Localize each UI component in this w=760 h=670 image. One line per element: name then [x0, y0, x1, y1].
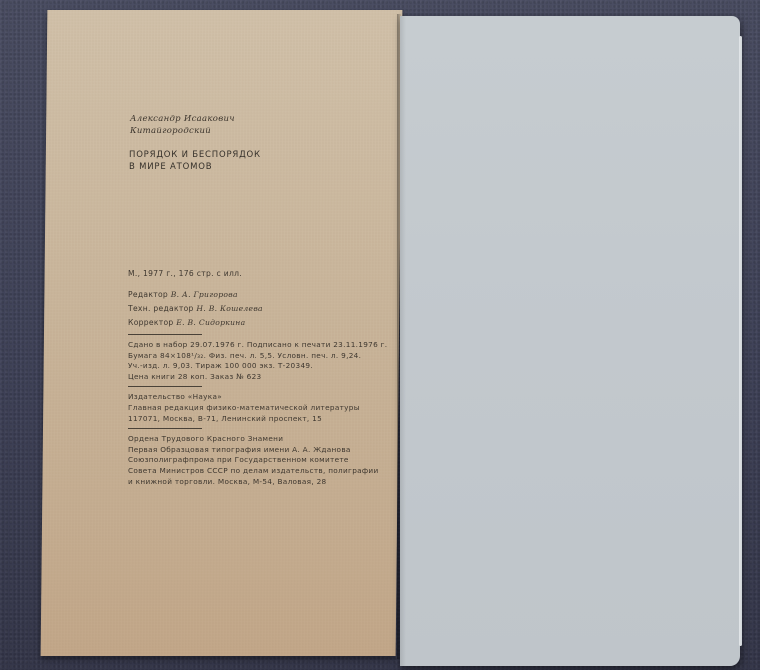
tech-editor-credit: Техн. редактор Н. В. Кошелева — [128, 302, 387, 316]
print-details-line: Бумага 84×108¹/₃₂. Физ. печ. л. 5,5. Усл… — [128, 351, 387, 362]
author-second-line: Китайгородский — [130, 125, 235, 137]
print-details-line: Цена книги 28 коп. Заказ № 623 — [128, 372, 387, 383]
editor-name: В. А. Григорова — [171, 290, 238, 299]
divider-rule — [128, 428, 202, 429]
proofreader-name: Е. В. Сидоркина — [176, 318, 245, 327]
title-line-2: в мире атомов — [129, 161, 261, 173]
proofreader-label: Корректор — [128, 318, 174, 327]
divider-rule — [128, 334, 202, 335]
author-first-line: Александр Исаакович — [130, 113, 235, 125]
printer-line: и книжной торговли. Москва, М-54, Валова… — [128, 477, 387, 488]
right-page-blank-endpaper — [400, 16, 740, 666]
printer-line: Союзполиграфпрома при Государственном ко… — [128, 455, 387, 466]
title-line-1: Порядок и беспорядок — [129, 149, 261, 161]
printer-line: Ордена Трудового Красного Знамени — [128, 434, 387, 445]
publication-line: М., 1977 г., 176 стр. с илл. — [128, 267, 387, 281]
book-title: Порядок и беспорядок в мире атомов — [129, 149, 261, 173]
publisher-line: Главная редакция физико-математической л… — [128, 403, 387, 414]
print-details-line: Уч.-изд. л. 9,03. Тираж 100 000 экз. Т-2… — [128, 361, 387, 372]
printer-line: Первая Образцовая типография имени А. А.… — [128, 445, 387, 456]
editor-label: Редактор — [128, 290, 168, 299]
publisher-line: 117071, Москва, В-71, Ленинский проспект… — [128, 414, 387, 425]
divider-rule — [128, 386, 202, 387]
tech-editor-name: Н. В. Кошелева — [196, 304, 262, 313]
proofreader-credit: Корректор Е. В. Сидоркина — [128, 316, 387, 330]
print-details-line: Сдано в набор 29.07.1976 г. Подписано к … — [128, 340, 387, 351]
publisher-info: Издательство «Наука» Главная редакция фи… — [128, 392, 387, 424]
print-details: Сдано в набор 29.07.1976 г. Подписано к … — [128, 340, 387, 382]
publisher-line: Издательство «Наука» — [128, 392, 387, 403]
author-name: Александр Исаакович Китайгородский — [130, 113, 235, 137]
printer-line: Совета Министров СССР по делам издательс… — [128, 466, 387, 477]
tech-editor-label: Техн. редактор — [128, 304, 194, 313]
printer-info: Ордена Трудового Красного Знамени Первая… — [128, 434, 387, 487]
imprint-block: М., 1977 г., 176 стр. с илл. Редактор В.… — [128, 267, 387, 487]
editor-credit: Редактор В. А. Григорова — [128, 288, 387, 302]
